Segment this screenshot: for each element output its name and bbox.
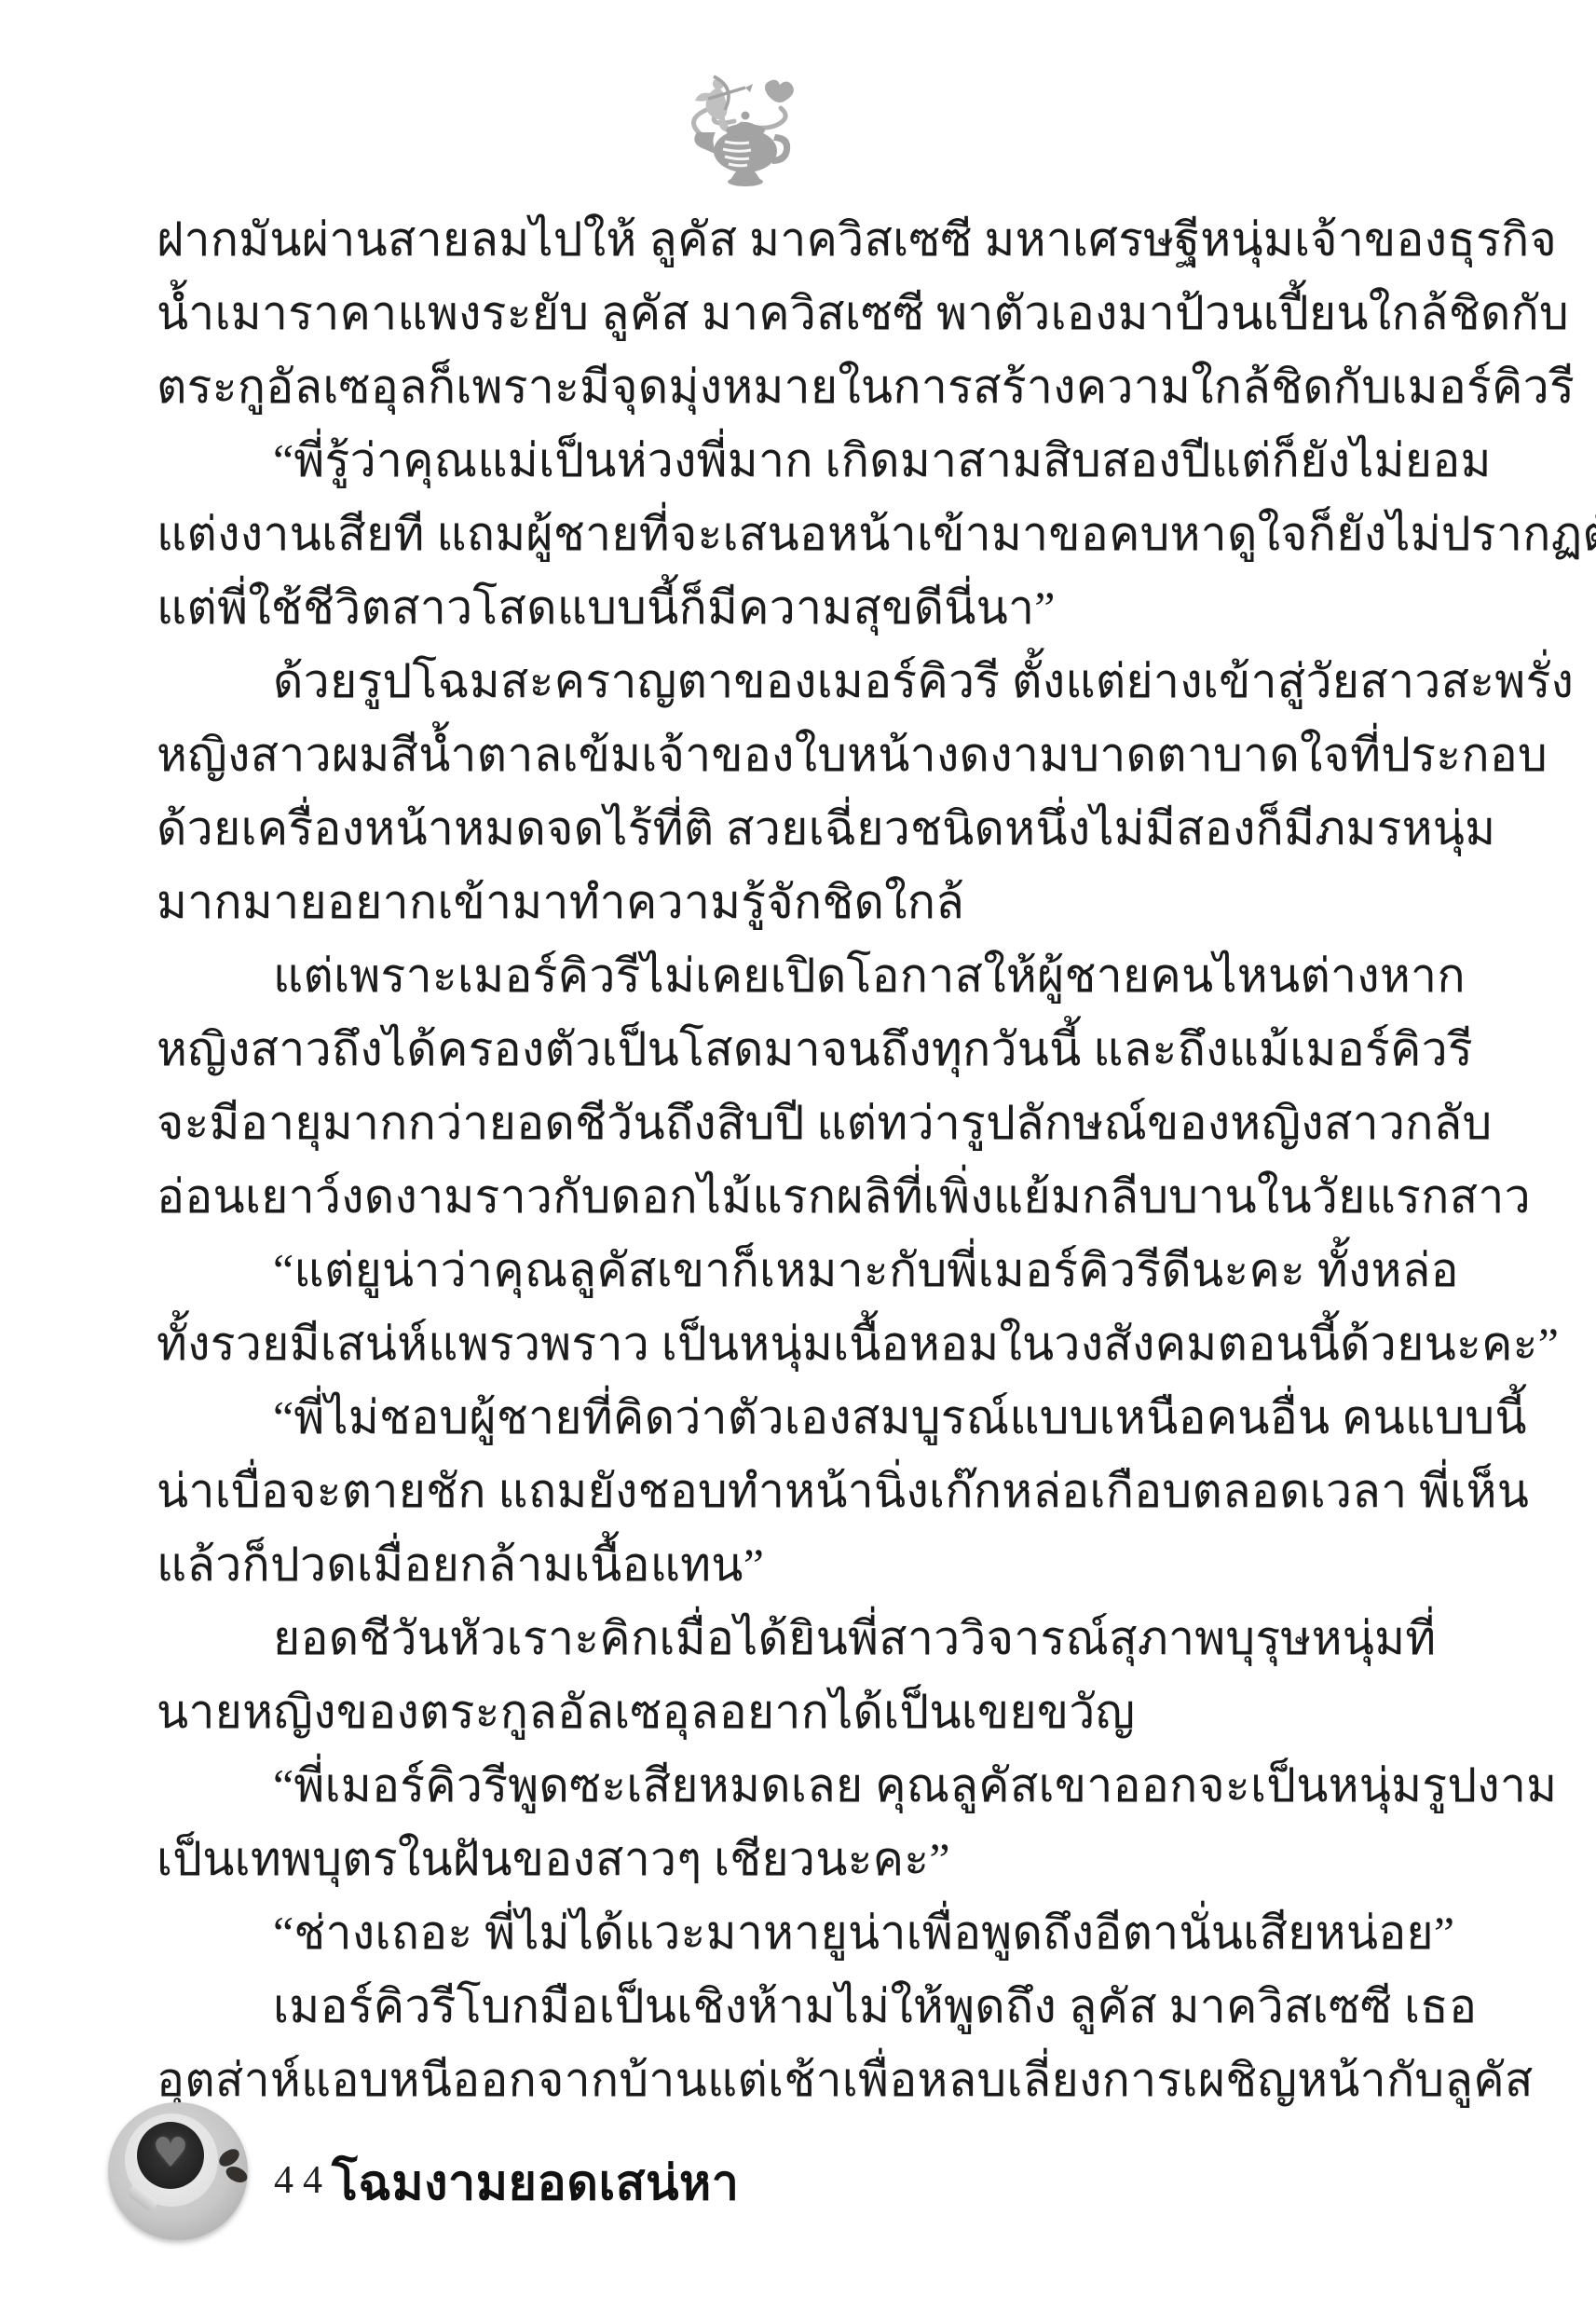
text-line: น้ำเมาราคาแพงระยับ ลูคัส มาควิสเซซี พาตั… — [157, 277, 1342, 350]
text-line: “พี่ไม่ชอบผู้ชายที่คิดว่าตัวเองสมบูรณ์แบ… — [157, 1381, 1342, 1455]
text-line: อุตส่าห์แอบหนีออกจากบ้านแต่เช้าเพื่อหลบเ… — [157, 2044, 1342, 2117]
cupid-genie-lamp-ornament-icon — [688, 73, 798, 198]
text-line: “แต่ยูน่าว่าคุณลูคัสเขาก็เหมาะกับพี่เมอร… — [157, 1234, 1342, 1307]
text-line: ตระกูอัลเซอุลก็เพราะมีจุดมุ่งหมายในการสร… — [157, 350, 1342, 424]
page-number: 44 — [274, 2158, 332, 2203]
coffee-cup-heart-icon: ♥ — [108, 2102, 248, 2240]
text-line: “พี่เมอร์คิวรีพูดซะเสียหมดเลย คุณลูคัสเข… — [157, 1749, 1342, 1823]
text-line: ฝากมันผ่านสายลมไปให้ ลูคัส มาควิสเซซี มห… — [157, 203, 1342, 277]
coffee-saucer: ♥ — [108, 2102, 248, 2240]
text-line: นายหญิงของตระกูลอัลเซอุลอยากได้เป็นเขยขว… — [157, 1675, 1342, 1749]
coffee-bean-icon — [224, 2164, 250, 2186]
text-line: มากมายอยากเข้ามาทำความรู้จักชิดใกล้ — [157, 866, 1342, 939]
coffee-surface: ♥ — [137, 2122, 204, 2189]
text-line: หญิงสาวถึงได้ครองตัวเป็นโสดมาจนถึงทุกวัน… — [157, 1013, 1342, 1087]
text-line: ทั้งรวยมีเสน่ห์แพรวพราว เป็นหนุ่มเนื้อหอ… — [157, 1307, 1342, 1381]
coffee-cup: ♥ — [125, 2113, 218, 2207]
cup-handle — [126, 2183, 158, 2213]
latte-heart-icon: ♥ — [152, 2133, 188, 2174]
text-line: เมอร์คิวรีโบกมือเป็นเชิงห้ามไม่ให้พูดถึง… — [157, 1970, 1342, 2044]
text-line: แต่งงานเสียที แถมผู้ชายที่จะเสนอหน้าเข้า… — [157, 498, 1342, 571]
book-page: ฝากมันผ่านสายลมไปให้ ลูคัส มาควิสเซซี มห… — [0, 0, 1596, 2311]
text-line: หญิงสาวผมสีน้ำตาลเข้มเจ้าของใบหน้างดงามบ… — [157, 718, 1342, 792]
text-line: น่าเบื่อจะตายชัก แถมยังชอบทำหน้านิ่งเก๊ก… — [157, 1455, 1342, 1528]
text-line: ยอดชีวันหัวเราะคิกเมื่อได้ยินพี่สาววิจาร… — [157, 1602, 1342, 1675]
text-line: ด้วยรูปโฉมสะคราญตาของเมอร์คิวรี ตั้งแต่ย… — [157, 645, 1342, 718]
text-line: “ช่างเถอะ พี่ไม่ได้แวะมาหายูน่าเพื่อพูดถ… — [157, 1896, 1342, 1970]
text-line: แล้วก็ปวดเมื่อยกล้ามเนื้อแทน” — [157, 1528, 1342, 1602]
text-line: เป็นเทพบุตรในฝันของสาวๆ เชียวนะคะ” — [157, 1823, 1342, 1896]
text-line: แต่เพราะเมอร์คิวรีไม่เคยเปิดโอกาสให้ผู้ช… — [157, 939, 1342, 1013]
text-line: “พี่รู้ว่าคุณแม่เป็นห่วงพี่มาก เกิดมาสาม… — [157, 424, 1342, 498]
body-text: ฝากมันผ่านสายลมไปให้ ลูคัส มาควิสเซซี มห… — [157, 203, 1342, 2117]
book-title: โฉมงามยอดเสน่หา — [332, 2143, 740, 2221]
text-line: แต่พี่ใช้ชีวิตสาวโสดแบบนี้ก็มีความสุขดีน… — [157, 571, 1342, 645]
text-line: อ่อนเยาว์งดงามราวกับดอกไม้แรกผลิที่เพิ่ง… — [157, 1160, 1342, 1234]
text-line: จะมีอายุมากกว่ายอดชีวันถึงสิบปี แต่ทว่าร… — [157, 1087, 1342, 1160]
text-line: ด้วยเครื่องหน้าหมดจดไร้ที่ติ สวยเฉี่ยวชน… — [157, 792, 1342, 866]
